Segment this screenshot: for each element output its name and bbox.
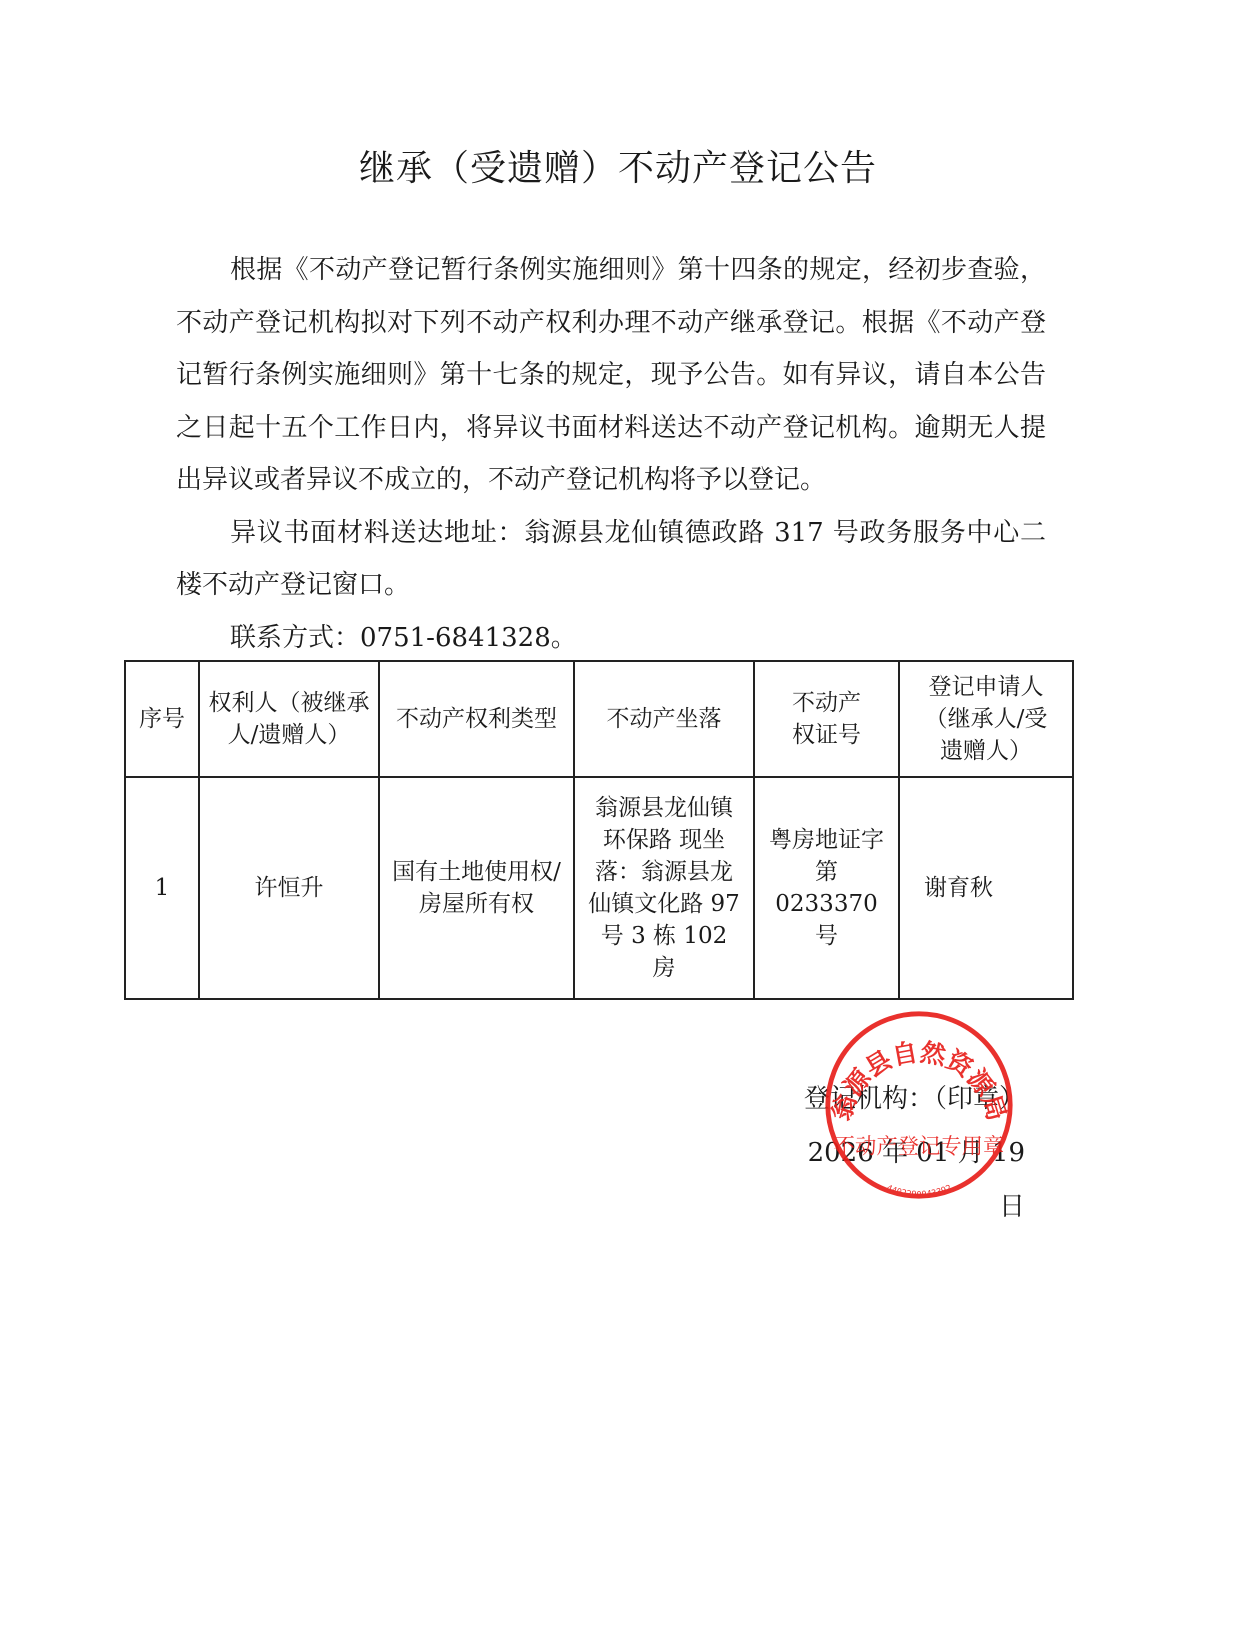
cell-certificate: 粤房地证字第 0233370 号 bbox=[754, 777, 899, 999]
page-title: 继承（受遗赠）不动产登记公告 bbox=[0, 140, 1236, 191]
table-header-row: 序号 权利人（被继承人/遗赠人） 不动产权利类型 不动产坐落 不动产权证号 登记… bbox=[125, 661, 1073, 777]
paragraph-objection-address: 异议书面材料送达地址：翁源县龙仙镇德政路 317 号政务服务中心二楼不动产登记窗… bbox=[176, 507, 1046, 612]
cell-location: 翁源县龙仙镇环保路 现坐落：翁源县龙仙镇文化路 97 号 3 栋 102 房 bbox=[574, 777, 754, 999]
signature-block: 登记机构：（印章） 2026 年 01 月 19 日 bbox=[780, 1072, 1025, 1234]
cell-right-type: 国有土地使用权/房屋所有权 bbox=[379, 777, 574, 999]
paragraph-legal-basis: 根据《不动产登记暂行条例实施细则》第十四条的规定，经初步查验，不动产登记机构拟对… bbox=[176, 244, 1046, 507]
header-index: 序号 bbox=[125, 661, 199, 777]
header-right-type: 不动产权利类型 bbox=[379, 661, 574, 777]
cell-applicant: 谢育秋 bbox=[899, 777, 1073, 999]
property-table: 序号 权利人（被继承人/遗赠人） 不动产权利类型 不动产坐落 不动产权证号 登记… bbox=[124, 660, 1072, 1000]
cell-owner: 许恒升 bbox=[199, 777, 379, 999]
header-certificate: 不动产权证号 bbox=[754, 661, 899, 777]
authority-label: 登记机构：（印章） bbox=[780, 1072, 1025, 1126]
header-owner: 权利人（被继承人/遗赠人） bbox=[199, 661, 379, 777]
paragraph-contact: 联系方式：0751-6841328。 bbox=[176, 612, 1046, 665]
announcement-body: 根据《不动产登记暂行条例实施细则》第十四条的规定，经初步查验，不动产登记机构拟对… bbox=[176, 244, 1046, 664]
header-applicant: 登记申请人（继承人/受遗赠人） bbox=[899, 661, 1073, 777]
cell-index: 1 bbox=[125, 777, 199, 999]
table-row: 1 许恒升 国有土地使用权/房屋所有权 翁源县龙仙镇环保路 现坐落：翁源县龙仙镇… bbox=[125, 777, 1073, 999]
issue-date: 2026 年 01 月 19 日 bbox=[780, 1126, 1025, 1234]
header-location: 不动产坐落 bbox=[574, 661, 754, 777]
